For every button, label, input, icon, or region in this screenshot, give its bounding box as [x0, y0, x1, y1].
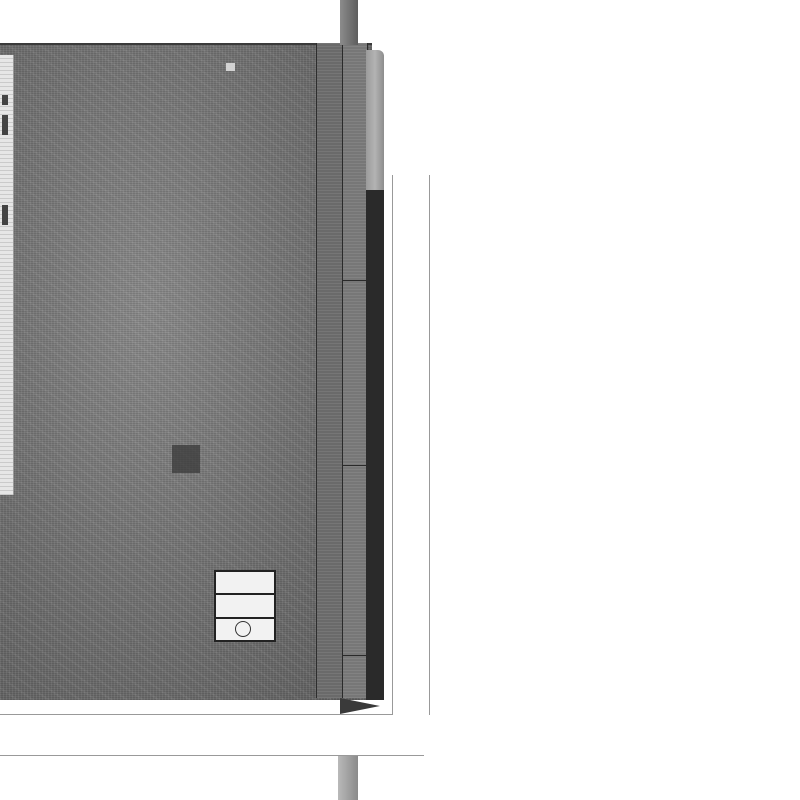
spine-shadow — [366, 190, 384, 700]
ruler-horizontal — [0, 714, 424, 756]
spine-panel-a — [316, 43, 343, 698]
binding-thread — [342, 655, 366, 656]
fold-shadow — [340, 698, 380, 714]
seal-stamp-icon — [235, 621, 251, 637]
ruler-vertical — [392, 175, 430, 715]
catalog-label — [214, 570, 276, 642]
stain-blotch — [226, 63, 235, 71]
support-strip-top — [340, 0, 358, 45]
binding-thread — [342, 465, 366, 466]
label-row-call-number — [216, 572, 274, 595]
spine-panel-b — [342, 43, 368, 698]
title-slip — [0, 55, 14, 495]
binding-thread — [342, 280, 366, 281]
stain-blotch — [172, 445, 200, 473]
label-row-empty — [216, 595, 274, 618]
label-row-volume — [216, 619, 274, 640]
